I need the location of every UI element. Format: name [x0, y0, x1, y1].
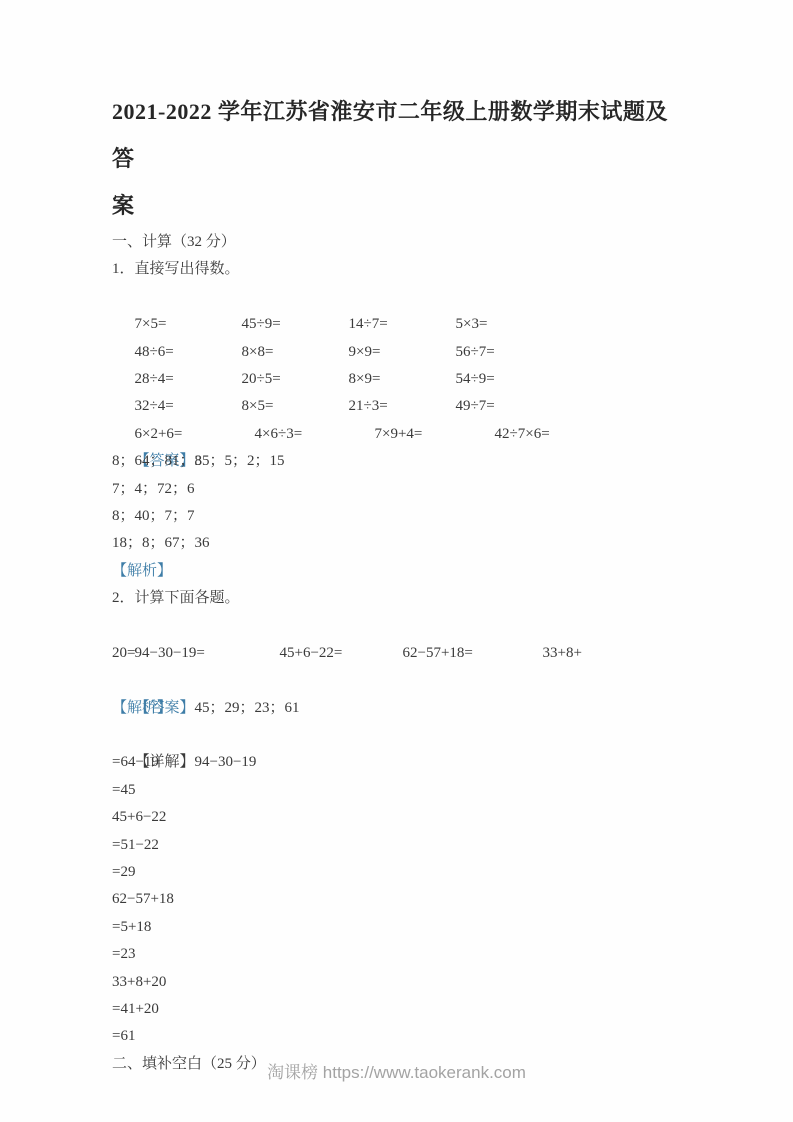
expression: 28÷4=: [135, 366, 242, 393]
expression: 6×2+6=: [135, 421, 255, 448]
answer-values: 35；5；2；15: [195, 453, 285, 469]
q2-detail-step: =29: [112, 859, 690, 886]
expression: 14÷7=: [349, 311, 456, 338]
q2-detail-step: 33+8+20: [112, 969, 690, 996]
q2-detail-step: =51−22: [112, 832, 690, 859]
expression: 4×6÷3=: [255, 421, 375, 448]
q2-detail-step: =61: [112, 1023, 690, 1050]
expression: 33+8+: [543, 640, 582, 667]
title-line-1: 2021-2022 学年江苏省淮安市二年级上册数学期末试题及答: [112, 88, 690, 182]
q1-answer-line: 8；64；81；8: [112, 448, 690, 475]
q1-analysis-label: 【解析】: [112, 558, 690, 585]
q2-detail-step: 45+6−22: [112, 804, 690, 831]
detail-expression: 94−30−19: [195, 754, 257, 770]
q2-answer-line: 【答案】45；29；23；61: [112, 667, 690, 694]
q2-detail-step: =5+18: [112, 914, 690, 941]
expression: 20÷5=: [242, 366, 349, 393]
q2-detail-line: 【详解】94−30−19: [112, 722, 690, 749]
q2-detail-step: 62−57+18: [112, 886, 690, 913]
expression: 49÷7=: [456, 393, 495, 420]
q2-expression-row: 94−30−19=45+6−22=62−57+18=33+8+: [112, 612, 690, 639]
title-line-2: 案: [112, 182, 690, 229]
q2-detail-step: =45: [112, 777, 690, 804]
q2-detail-step: =23: [112, 941, 690, 968]
q1-answer-line: 7；4；72；6: [112, 476, 690, 503]
question2-label: 2．计算下面各题。: [112, 585, 690, 612]
section1-heading: 一、计算（32 分）: [112, 229, 690, 256]
document-title: 2021-2022 学年江苏省淮安市二年级上册数学期末试题及答 案: [112, 88, 690, 229]
expression: 21÷3=: [349, 393, 456, 420]
exam-document-page: 2021-2022 学年江苏省淮安市二年级上册数学期末试题及答 案 一、计算（3…: [0, 0, 793, 1122]
expression: 48÷6=: [135, 339, 242, 366]
expression: 7×5=: [135, 311, 242, 338]
expression: 54÷9=: [456, 366, 495, 393]
document-content: 2021-2022 学年江苏省淮安市二年级上册数学期末试题及答 案 一、计算（3…: [112, 88, 690, 1078]
expression: 45÷9=: [242, 311, 349, 338]
expression: 32÷4=: [135, 393, 242, 420]
expression: 45+6−22=: [280, 640, 403, 667]
expression: 8×8=: [242, 339, 349, 366]
q1-answer-line: 18；8；67；36: [112, 530, 690, 557]
watermark-footer: 淘课榜 https://www.taokerank.com: [0, 1058, 793, 1083]
expression: 8×9=: [349, 366, 456, 393]
expression: 5×3=: [456, 311, 488, 338]
q1-expression-row-1: 7×5=45÷9=14÷7=5×3=: [112, 284, 690, 311]
expression: 8×5=: [242, 393, 349, 420]
expression: 56÷7=: [456, 339, 495, 366]
question1-label: 1．直接写出得数。: [112, 256, 690, 283]
expression: 9×9=: [349, 339, 456, 366]
expression: 62−57+18=: [403, 640, 543, 667]
expression: 42÷7×6=: [495, 421, 550, 448]
q2-detail-step: =41+20: [112, 996, 690, 1023]
expression: 7×9+4=: [375, 421, 495, 448]
q1-answer-line: 8；40；7；7: [112, 503, 690, 530]
expression: 94−30−19=: [135, 640, 280, 667]
answer-values: 45；29；23；61: [195, 700, 300, 716]
